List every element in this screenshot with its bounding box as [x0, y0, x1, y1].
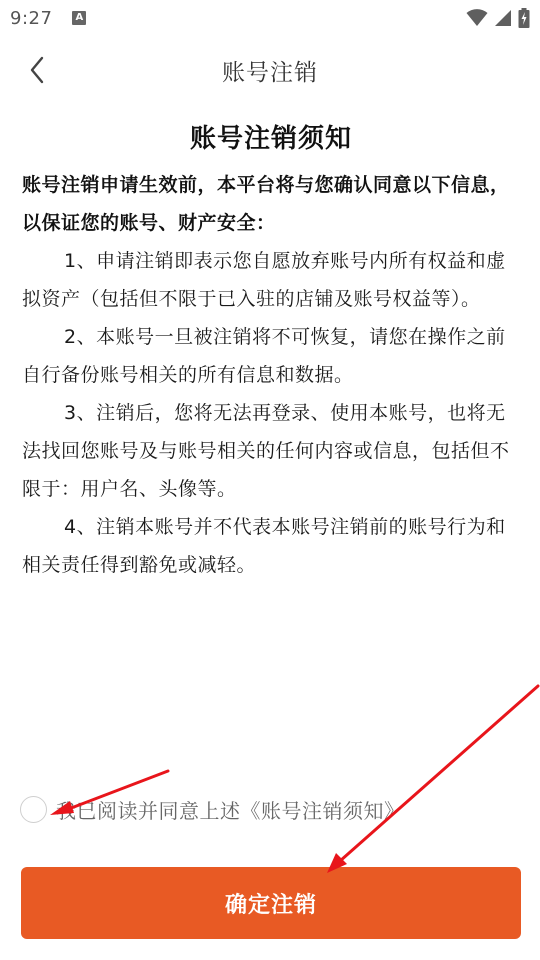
notice-title: 账号注销须知: [20, 118, 522, 160]
agreement-row[interactable]: 我已阅读并同意上述《账号注销须知》: [20, 795, 405, 824]
notice-content: 账号注销须知 账号注销申请生效前，本平台将与您确认同意以下信息，以保证您的账号、…: [22, 118, 522, 584]
notice-clause-3: 3、注销后，您将无法再登录、使用本账号，也将无法找回您账号及与账号相关的任何内容…: [22, 394, 522, 508]
annotation-arrow-button: [327, 686, 538, 873]
text-a-icon: A: [72, 11, 86, 25]
notice-clause-1: 1、申请注销即表示您自愿放弃账号内所有权益和虚拟资产（包括但不限于已入驻的店铺及…: [22, 242, 522, 318]
chevron-left-icon: [29, 56, 45, 84]
status-right: [466, 8, 530, 28]
back-button[interactable]: [22, 54, 52, 86]
nav-bar: 账号注销: [0, 40, 540, 100]
cellular-signal-icon: [494, 9, 512, 27]
wifi-icon: [466, 9, 488, 27]
confirm-cancel-button[interactable]: 确定注销: [21, 867, 521, 939]
notice-intro: 账号注销申请生效前，本平台将与您确认同意以下信息，以保证您的账号、财产安全：: [22, 166, 522, 242]
account-cancellation-screen: 9:27 A 账号注销 账号注销须知 账号注销申请生效: [0, 0, 540, 960]
notice-clause-4: 4、注销本账号并不代表本账号注销前的账号行为和相关责任得到豁免或减轻。: [22, 508, 522, 584]
status-bar: 9:27 A: [0, 0, 540, 36]
page-title: 账号注销: [222, 54, 318, 87]
agreement-label[interactable]: 我已阅读并同意上述《账号注销须知》: [56, 795, 405, 824]
battery-charging-icon: [518, 8, 530, 28]
notice-clause-2: 2、本账号一旦被注销将不可恢复，请您在操作之前自行备份账号相关的所有信息和数据。: [22, 318, 522, 394]
status-time: 9:27: [10, 8, 52, 29]
confirm-cancel-label: 确定注销: [225, 888, 317, 919]
agree-radio[interactable]: [20, 796, 47, 823]
status-left: 9:27 A: [10, 8, 86, 29]
